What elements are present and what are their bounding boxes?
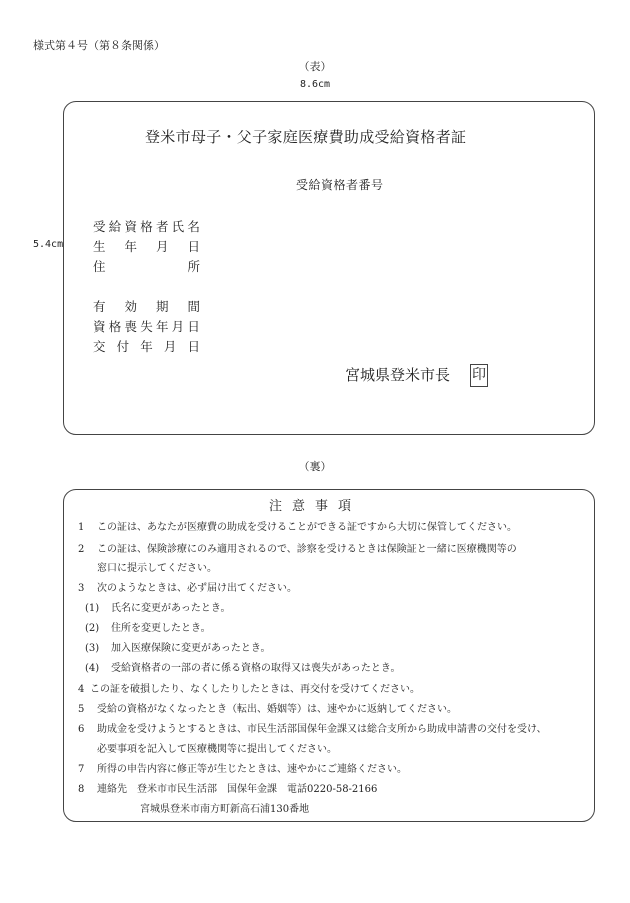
char: 生 — [93, 237, 106, 255]
char: 月 — [172, 317, 185, 335]
certificate-number-label: 受給資格者番号 — [296, 176, 384, 193]
form-number: 様式第４号（第８条関係） — [33, 37, 165, 53]
char: 氏 — [172, 217, 185, 235]
note-item: 3次のようなときは、必ず届け出てください。 — [78, 579, 297, 594]
char: 間 — [187, 297, 200, 315]
char: 喪 — [124, 317, 137, 335]
char: 失 — [140, 317, 153, 335]
note-item: 4この証を破損したり、なくしたりしたときは、再交付を受けてください。 — [78, 680, 420, 695]
note-number: (4) — [85, 663, 111, 674]
field-issue-date: 交付年月日 — [93, 337, 200, 355]
back-side-label: （裏） — [0, 458, 630, 474]
seal-stamp-box: 印 — [470, 364, 488, 387]
note-text: 必要事項を記入して医療機関等に提出してください。 — [97, 744, 337, 755]
char: 日 — [187, 337, 200, 355]
char: 有 — [93, 297, 106, 315]
note-number: 7 — [78, 764, 97, 775]
note-text: 住所を変更したとき。 — [111, 623, 211, 634]
char: 資 — [124, 217, 137, 235]
note-text: 受給の資格がなくなったとき（転出、婚姻等）は、速やかに返納してください。 — [97, 704, 457, 715]
char: 日 — [187, 317, 200, 335]
certificate-title: 登米市母子・父子家庭医療費助成受給資格者証 — [145, 126, 466, 147]
char: 格 — [140, 217, 153, 235]
note-text: 加入医療保険に変更があったとき。 — [111, 643, 271, 654]
note-text: 受給資格者の一部の者に係る資格の取得又は喪失があったとき。 — [111, 663, 401, 674]
char: 交 — [93, 337, 106, 355]
char: 給 — [109, 217, 122, 235]
note-item-continuation: 必要事項を記入して医療機関等に提出してください。 — [97, 740, 337, 755]
note-subitem: (1)氏名に変更があったとき。 — [85, 599, 231, 614]
char: 日 — [187, 237, 200, 255]
front-side-label: （表） — [0, 58, 630, 74]
note-text: 助成金を受けようとするときは、市民生活部国保年金課又は総合支所から助成申請書の交… — [97, 724, 547, 735]
char: 者 — [156, 217, 169, 235]
field-birth-date: 生年月日 — [93, 237, 200, 255]
note-item-address: 宮城県登米市南方町新高石浦130番地 — [140, 800, 309, 815]
note-text: 次のようなときは、必ず届け出てください。 — [97, 583, 297, 594]
note-item: 2この証は、保険診療にのみ適用されるので、診察を受けるときは保険証と一緒に医療機… — [78, 540, 517, 555]
note-number: 3 — [78, 583, 97, 594]
note-item: 6助成金を受けようとするときは、市民生活部国保年金課又は総合支所から助成申請書の… — [78, 720, 547, 735]
char: 年 — [140, 337, 153, 355]
field-valid-period: 有効期間 — [93, 297, 200, 315]
note-item-contact: 8連絡先 登米市市民生活部 国保年金課 電話0220-58-2166 — [78, 780, 377, 795]
field-address: 住所 — [93, 257, 200, 275]
field-recipient-name: 受給資格者氏名 — [93, 217, 200, 235]
char: 月 — [164, 337, 177, 355]
note-item-continuation: 窓口に提示してください。 — [97, 559, 217, 574]
note-subitem: (2)住所を変更したとき。 — [85, 619, 211, 634]
card-width-label: 8.6cm — [0, 79, 630, 90]
note-number: (2) — [85, 623, 111, 634]
field-loss-date: 資格喪失年月日 — [93, 317, 200, 335]
char: 年 — [156, 317, 169, 335]
note-text: この証は、あなたが医療費の助成を受けることができる証ですから大切に保管してくださ… — [97, 522, 517, 533]
note-item: 5受給の資格がなくなったとき（転出、婚姻等）は、速やかに返納してください。 — [78, 700, 457, 715]
char: 受 — [93, 217, 106, 235]
note-text: 氏名に変更があったとき。 — [111, 603, 231, 614]
char: 住 — [93, 257, 106, 275]
char: 名 — [187, 217, 200, 235]
note-text: この証を破損したり、なくしたりしたときは、再交付を受けてください。 — [90, 684, 420, 695]
note-text: 連絡先 登米市市民生活部 国保年金課 電話0220-58-2166 — [97, 784, 377, 795]
note-number: 8 — [78, 784, 97, 795]
note-text: 宮城県登米市南方町新高石浦130番地 — [140, 804, 309, 815]
note-number: (3) — [85, 643, 111, 654]
note-item: 1この証は、あなたが医療費の助成を受けることができる証ですから大切に保管してくだ… — [78, 518, 517, 533]
note-number: 1 — [78, 522, 97, 533]
char: 格 — [109, 317, 122, 335]
note-subitem: (3)加入医療保険に変更があったとき。 — [85, 639, 271, 654]
note-number: 6 — [78, 724, 97, 735]
note-text: 所得の申告内容に修正等が生じたときは、速やかにご連絡ください。 — [97, 764, 407, 775]
card-height-label: 5.4cm — [33, 239, 63, 250]
char: 期 — [156, 297, 169, 315]
char: 月 — [156, 237, 169, 255]
note-item: 7所得の申告内容に修正等が生じたときは、速やかにご連絡ください。 — [78, 760, 407, 775]
note-number: (1) — [85, 603, 111, 614]
notes-title: 注意事項 — [0, 495, 630, 514]
char: 効 — [124, 297, 137, 315]
note-number: 2 — [78, 544, 97, 555]
note-subitem: (4)受給資格者の一部の者に係る資格の取得又は喪失があったとき。 — [85, 659, 401, 674]
issuer-name: 宮城県登米市長 — [345, 364, 450, 385]
char: 資 — [93, 317, 106, 335]
note-number: 4 — [78, 684, 90, 695]
note-text: 窓口に提示してください。 — [97, 563, 217, 574]
char: 年 — [124, 237, 137, 255]
note-text: この証は、保険診療にのみ適用されるので、診察を受けるときは保険証と一緒に医療機関… — [97, 544, 517, 555]
char: 付 — [117, 337, 130, 355]
char: 所 — [187, 257, 200, 275]
note-number: 5 — [78, 704, 97, 715]
